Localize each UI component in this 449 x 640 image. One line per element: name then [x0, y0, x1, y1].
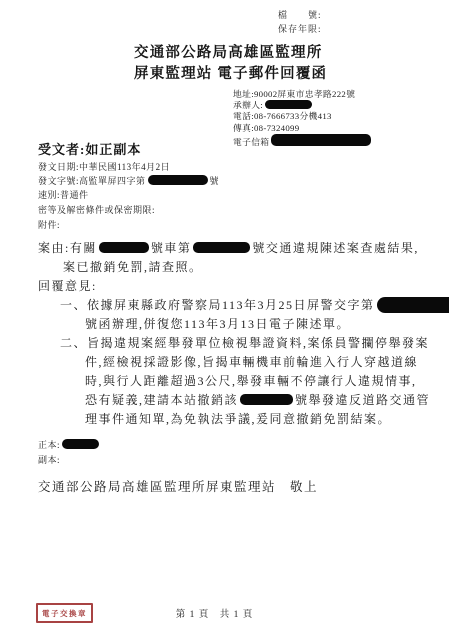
text-segment: 密等及解密條件或保密期限:	[38, 205, 155, 215]
reply-item-2-line-4: 恐有疑義,建請本站撤銷該號舉發違反道路交通管	[38, 391, 430, 408]
text-segment: 正本:	[38, 440, 60, 450]
reply-item-2-line-1: 二、旨揭違規案經舉發單位檢視舉證資料,案係員警攔停舉發案	[38, 334, 429, 351]
file-number-block: 檔 號: 保存年限:	[278, 8, 322, 36]
duplicate-copy-line: 副本:	[38, 453, 60, 466]
signature-line: 交通部公路局高雄區監理所屏東監理站 敬上	[38, 477, 318, 495]
speed-class-line: 速別:普通件	[38, 188, 89, 201]
attachment-line: 附件:	[38, 218, 60, 231]
phone-line: 電話:08-7666733分機413	[233, 111, 373, 122]
text-segment: 案已撤銷免罰,請查照。	[63, 260, 203, 274]
agency-name: 交通部公路局高雄區監理所	[134, 43, 327, 64]
text-segment: 發文日期:中華民國113年4月2日	[38, 162, 170, 172]
contact-block: 地址:90002屏東市忠孝路222號 承辦人: 電話:08-7666733分機4…	[233, 89, 373, 148]
agency-title: 交通部公路局高雄區監理所 屏東監理站 電子郵件回覆函	[134, 43, 327, 85]
text-segment: 恐有疑義,建請本站撤銷該	[85, 393, 238, 407]
undertaker-line: 承辦人:	[233, 100, 373, 111]
letter-type-title: 屏東監理站 電子郵件回覆函	[134, 64, 327, 85]
subject-line-1: 案由:有關號車第號交通違規陳述案查處結果,	[38, 239, 419, 256]
text-segment: 發文字號:高監單屏四字第	[38, 176, 146, 186]
reply-item-1-line-2: 號函辦理,併復您113年3月13日電子陳述單。	[38, 315, 350, 332]
text-segment: 號交通違規陳述案查處結果,	[252, 241, 419, 255]
redaction-bar	[193, 242, 250, 253]
text-segment: 時,與行人距離超過3公尺,舉發車輛不停讓行人違規情事,	[85, 374, 417, 388]
original-copy-line: 正本:	[38, 438, 101, 451]
redaction-bar	[62, 439, 99, 449]
redaction-bar	[99, 242, 149, 253]
reply-opinion-heading: 回覆意見:	[38, 277, 97, 294]
recipient-line: 受文者:如正副本	[38, 139, 141, 158]
issue-date-line: 發文日期:中華民國113年4月2日	[38, 160, 170, 173]
text-segment: 號	[210, 176, 220, 186]
reply-item-2-line-3: 時,與行人距離超過3公尺,舉發車輛不停讓行人違規情事,	[38, 372, 417, 389]
file-number-label: 檔 號:	[278, 8, 322, 22]
text-segment: 理事件通知單,為免執法爭議,爰同意撤銷免罰結案。	[85, 412, 391, 426]
security-grade-line: 密等及解密條件或保密期限:	[38, 203, 155, 216]
text-segment: 電子信箱	[233, 137, 269, 147]
text-segment: 號車第	[151, 241, 192, 255]
text-segment: 案由:有關	[38, 241, 97, 255]
text-segment: 承辦人:	[233, 100, 263, 110]
text-segment: 號函辦理,併復您113年3月13日電子陳述單。	[85, 317, 350, 331]
address-line: 地址:90002屏東市忠孝路222號	[233, 89, 373, 100]
email-line: 電子信箱	[233, 134, 373, 148]
redaction-bar	[240, 394, 293, 405]
redaction-bar	[265, 100, 312, 109]
text-segment: 受文者:如正副本	[38, 142, 141, 157]
text-segment: 交通部公路局高雄區監理所屏東監理站 敬上	[38, 480, 318, 494]
text-segment: 附件:	[38, 220, 60, 230]
text-segment: 一、依據屏東縣政府警察局113年3月25日屏警交字第	[60, 298, 375, 312]
subject-line-2: 案已撤銷免罰,請查照。	[38, 258, 203, 275]
reply-item-2-line-2: 件,經檢視採證影像,旨揭車輛機車前輪進入行人穿越道線	[38, 353, 418, 370]
text-segment: 號舉發違反道路交通管	[295, 393, 430, 407]
retention-period-label: 保存年限:	[278, 22, 322, 36]
doc-number-line: 發文字號:高監單屏四字第號	[38, 174, 219, 187]
redaction-bar	[377, 297, 449, 313]
fax-line: 傳真:08-7324099	[233, 123, 373, 134]
redaction-bar	[148, 175, 208, 185]
text-segment: 速別:普通件	[38, 190, 89, 200]
text-segment: 回覆意見:	[38, 279, 97, 293]
document-page: 檔 號: 保存年限: 交通部公路局高雄區監理所 屏東監理站 電子郵件回覆函 地址…	[0, 0, 449, 640]
text-segment: 件,經檢視採證影像,旨揭車輛機車前輪進入行人穿越道線	[85, 355, 418, 369]
text-segment: 二、旨揭違規案經舉發單位檢視舉證資料,案係員警攔停舉發案	[60, 336, 429, 350]
text-segment: 副本:	[38, 455, 60, 465]
reply-item-2-line-5: 理事件通知單,為免執法爭議,爰同意撤銷免罰結案。	[38, 410, 391, 427]
page-number: 第 1 頁 共 1 頁	[0, 606, 429, 620]
redaction-bar	[271, 134, 371, 146]
reply-item-1-line-1: 一、依據屏東縣政府警察局113年3月25日屏警交字第	[38, 296, 449, 313]
